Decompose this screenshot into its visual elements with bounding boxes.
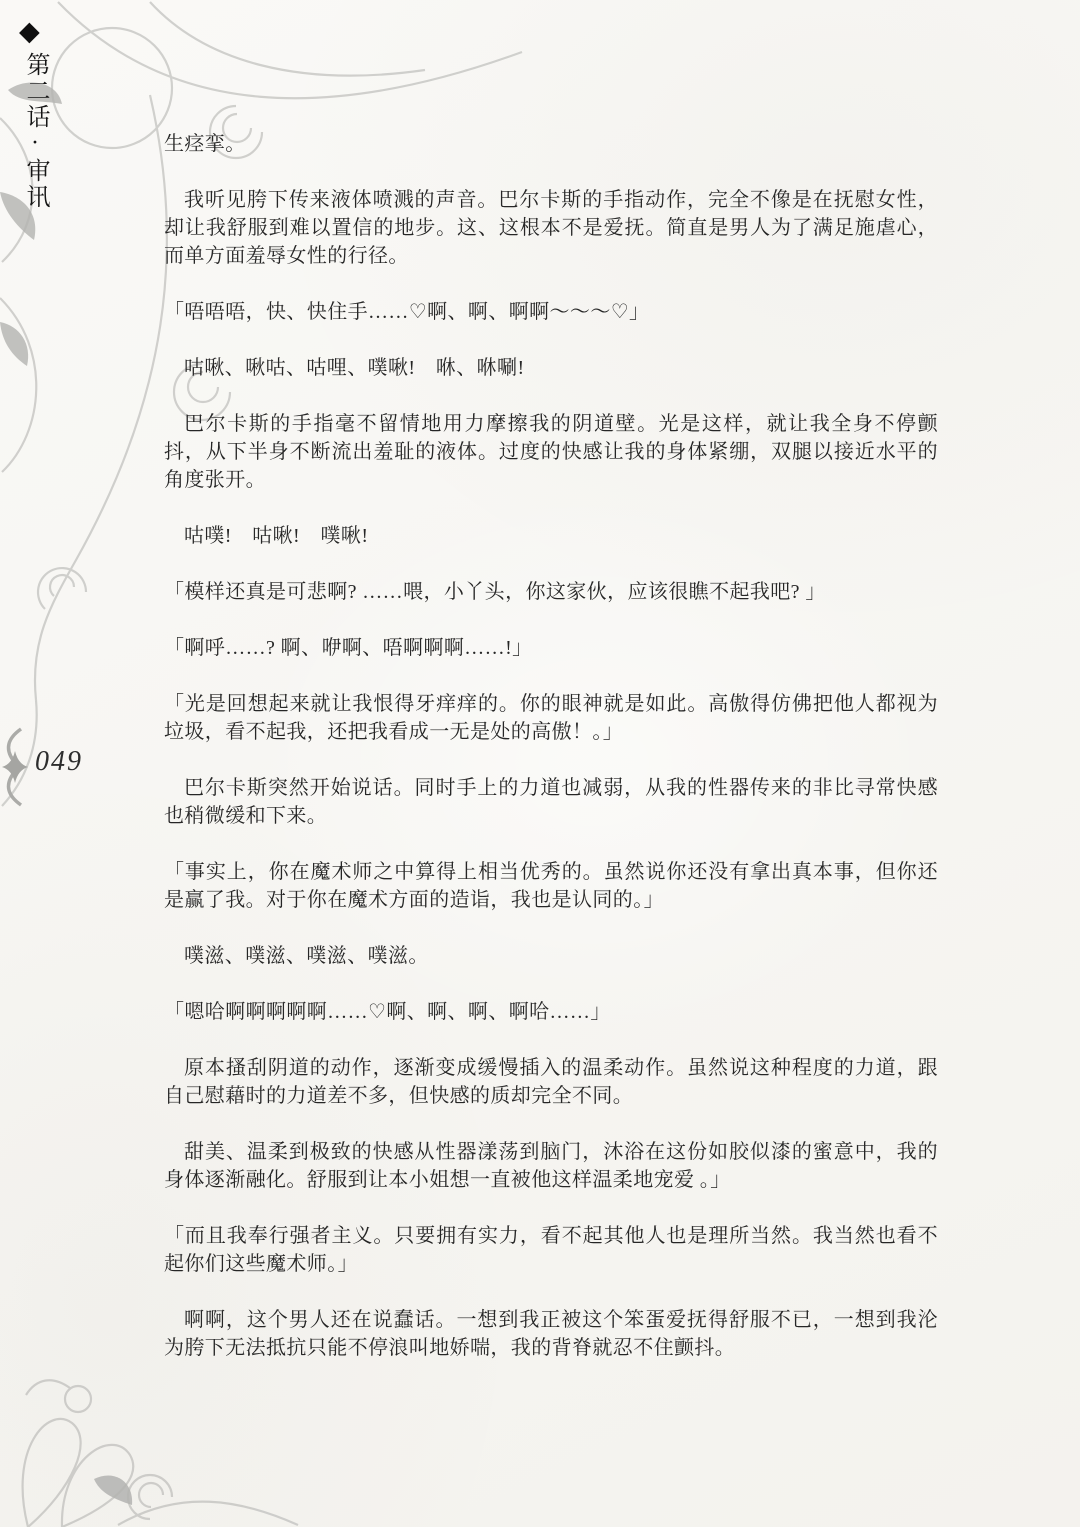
paragraph: 「啊呼……? 啊、咿啊、唔啊啊啊……!」 (164, 634, 938, 662)
page-number-ornament-icon (0, 727, 34, 807)
chapter-title-vertical: 第二话·审讯 (18, 52, 53, 222)
paragraph: 生痉挛。 (164, 130, 938, 158)
paragraph: 咕噗! 咕啾! 噗啾! (164, 522, 938, 550)
paragraph: 我听见胯下传来液体喷溅的声音。巴尔卡斯的手指动作，完全不像是在抚慰女性，却让我舒… (164, 186, 938, 270)
paragraph: 巴尔卡斯的手指毫不留情地用力摩擦我的阴道壁。光是这样，就让我全身不停颤抖，从下半… (164, 410, 938, 494)
paragraph: 「事实上，你在魔术师之中算得上相当优秀的。虽然说你还没有拿出真本事，但你还是赢了… (164, 858, 938, 914)
page-number: 049 (35, 746, 83, 778)
corner-flourish-bottom-left-icon (0, 1367, 300, 1527)
book-page: ◆ 第二话·审讯 049 生痉挛。我听见胯下传来液体喷溅的声音。巴尔卡斯的手指动… (0, 0, 1080, 1527)
paragraph: 巴尔卡斯突然开始说话。同时手上的力道也减弱，从我的性器传来的非比寻常快感也稍微缓… (164, 774, 938, 830)
paragraph: 「模样还真是可悲啊? ……喂，小丫头，你这家伙，应该很瞧不起我吧? 」 (164, 578, 938, 606)
paragraph: 甜美、温柔到极致的快感从性器漾荡到脑门，沐浴在这份如胶似漆的蜜意中，我的身体逐渐… (164, 1138, 938, 1194)
body-text: 生痉挛。我听见胯下传来液体喷溅的声音。巴尔卡斯的手指动作，完全不像是在抚慰女性，… (164, 130, 938, 1362)
paragraph: 「唔唔唔，快、快住手……♡啊、啊、啊啊～～～♡」 (164, 298, 938, 326)
paragraph: 「而且我奉行强者主义。只要拥有实力，看不起其他人也是理所当然。我当然也看不起你们… (164, 1222, 938, 1278)
chapter-diamond-icon: ◆ (19, 18, 40, 45)
paragraph: 啊啊，这个男人还在说蠢话。一想到我正被这个笨蛋爱抚得舒服不已，一想到我沦为胯下无… (164, 1306, 938, 1362)
paragraph: 原本搔刮阴道的动作，逐渐变成缓慢插入的温柔动作。虽然说这种程度的力道，跟自己慰藉… (164, 1054, 938, 1110)
paragraph: 噗滋、噗滋、噗滋、噗滋。 (164, 942, 938, 970)
paragraph: 咕啾、啾咕、咕哩、噗啾! 咻、咻唰! (164, 354, 938, 382)
paragraph: 「嗯哈啊啊啊啊啊……♡啊、啊、啊、啊哈……」 (164, 998, 938, 1026)
paragraph: 「光是回想起来就让我恨得牙痒痒的。你的眼神就是如此。高傲得仿佛把他人都视为垃圾，… (164, 690, 938, 746)
